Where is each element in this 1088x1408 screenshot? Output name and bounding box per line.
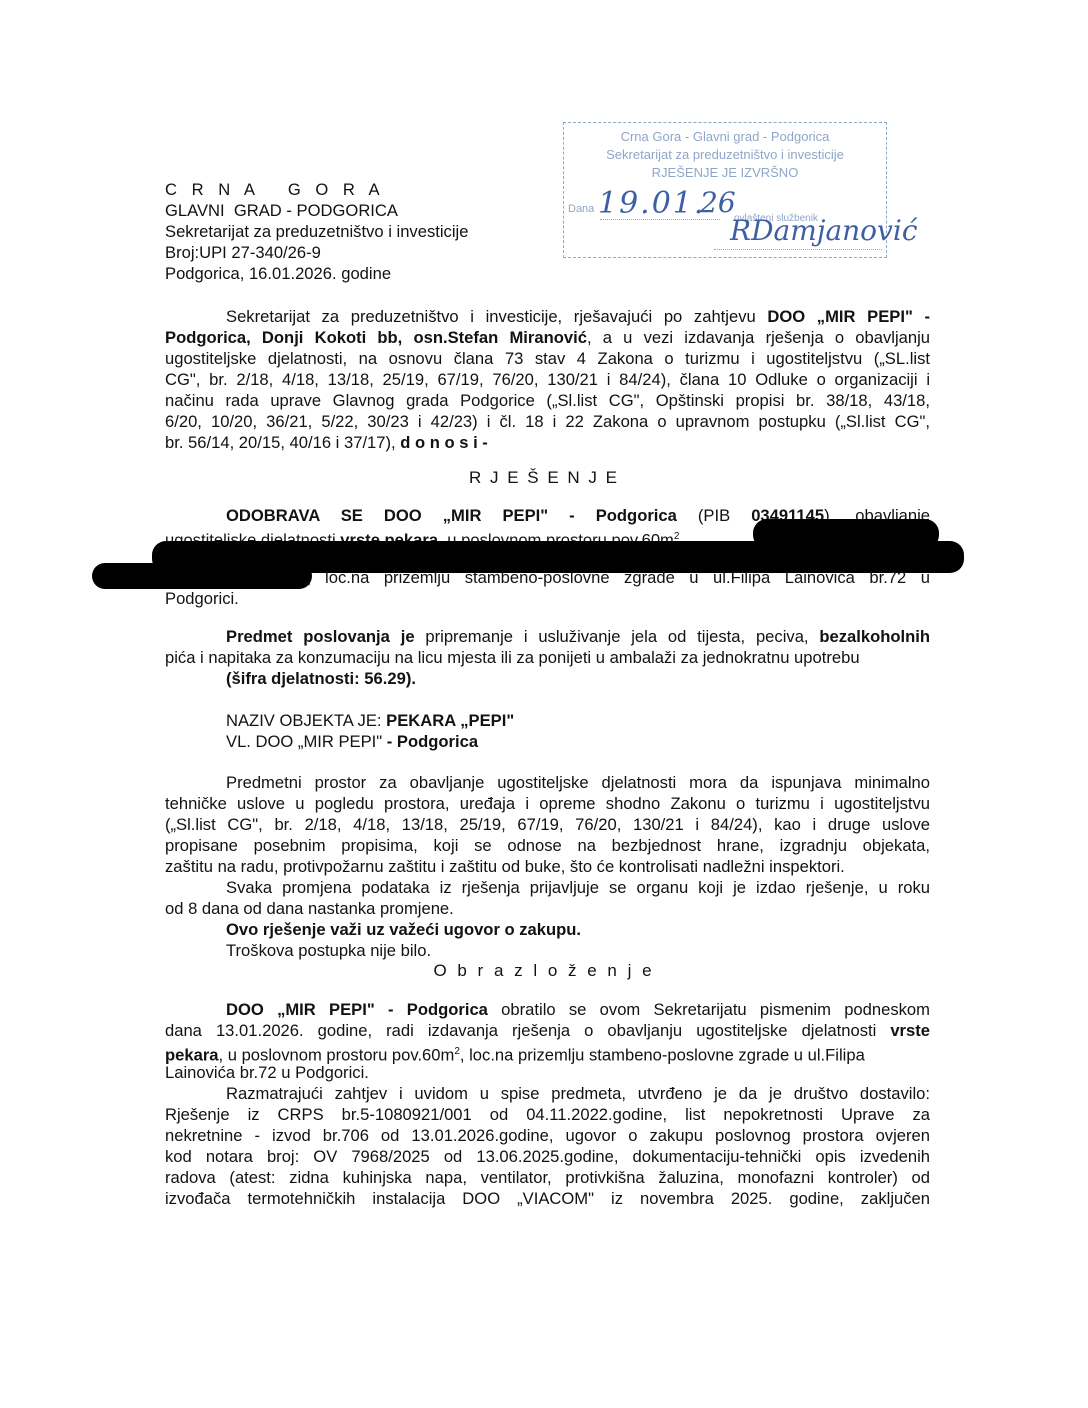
subject-line-2: pića i napitaka za konzumaciju na licu m… [165, 648, 860, 668]
header-department: Sekretarijat za preduzetništvo i investi… [165, 222, 468, 242]
reasoning-p2-line-5: radova (atest: zidna kuhinjska napa, ven… [165, 1168, 930, 1188]
reasoning-p1-line-3: pekara, u poslovnom prostoru pov.60m2, l… [165, 1042, 865, 1066]
object-owner: VL. DOO „MIR PEPI" - Podgorica [226, 732, 478, 752]
conditions-line-7: od 8 dana od dana nastanka promjene. [165, 899, 454, 919]
intro-line-7: br. 56/14, 20/15, 40/16 i 37/17), d o n … [165, 433, 488, 453]
conditions-line-3: („Sl.list CG", br. 2/18, 4/18, 13/18, 25… [165, 815, 930, 835]
header-country: C R N A G O R A [165, 180, 385, 200]
decision-line-4: Podgorici. [165, 589, 239, 609]
reasoning-p2-line-1: Razmatrajući zahtjev i uvidom u spise pr… [226, 1084, 930, 1104]
intro-line-6: 6/20, 10/20, 36/21, 5/22, 30/23 i 42/23)… [165, 412, 930, 432]
stamp-date-label: Dana [568, 203, 594, 215]
reasoning-p2-line-6: izvođača termotehničkih instalacija DOO … [165, 1189, 930, 1209]
decision-title: R J E Š E N J E [0, 468, 1088, 488]
stamp-line-3: RJEŠENJE JE IZVRŠNO [564, 165, 886, 180]
conditions-line-8: Ovo rješenje važi uz važeći ugovor o zak… [226, 920, 581, 940]
redaction-block-3 [92, 563, 312, 589]
stamp-line-1: Crna Gora - Glavni grad - Podgorica [564, 129, 886, 144]
conditions-line-1: Predmetni prostor za obavljanje ugostite… [226, 773, 930, 793]
conditions-line-6: Svaka promjena podataka iz rješenja prij… [226, 878, 930, 898]
header-place-date: Podgorica, 16.01.2026. godine [165, 264, 391, 284]
conditions-line-9: Troškova postupka nije bilo. [226, 941, 431, 961]
intro-line-2: Podgorica, Donji Kokoti bb, osn.Stefan M… [165, 328, 930, 348]
conditions-line-4: propisane posebnim propisima, koji se od… [165, 836, 930, 856]
reasoning-p2-line-3: nekretnine - izvod br.706 od 13.01.2026.… [165, 1126, 930, 1146]
intro-line-1: Sekretarijat za preduzetništvo i investi… [226, 307, 930, 327]
reasoning-p1-line-2: dana 13.01.2026. godine, radi izdavanja … [165, 1021, 930, 1041]
reasoning-title: O b r a z l o ž e n j e [0, 961, 1088, 981]
stamp-line-2: Sekretarijat za preduzetništvo i investi… [564, 147, 886, 162]
conditions-line-5: zaštitu na radu, protivpožarnu zaštitu i… [165, 857, 845, 877]
document-page: Crna Gora - Glavni grad - Podgorica Sekr… [0, 0, 1088, 1408]
reasoning-p2-line-4: kod notara broj: OV 7968/2025 od 13.06.2… [165, 1147, 930, 1167]
stamp-signature-line [714, 249, 882, 250]
reasoning-p2-line-2: Rješenje iz CRPS br.5-1080921/001 od 04.… [165, 1105, 930, 1125]
intro-line-4: CG", br. 2/18, 4/18, 13/18, 25/19, 67/19… [165, 370, 930, 390]
subject-line-1: Predmet poslovanja je pripremanje i uslu… [226, 627, 930, 647]
conditions-line-2: tehničke uslove u pogledu prostora, uređ… [165, 794, 930, 814]
header-city: GLAVNI GRAD - PODGORICA [165, 201, 398, 221]
stamp-signature: RDamjanović [730, 214, 918, 247]
header-number: Broj:UPI 27-340/26-9 [165, 243, 321, 263]
decision-line-3: „ loc.na prizemlju stambeno-poslovne zgr… [305, 568, 930, 588]
stamp-date-handwritten: 19.01. [598, 186, 705, 221]
intro-line-3: ugostiteljske djelatnosti, na osnovu čla… [165, 349, 930, 369]
reasoning-p1-line-4: Lainovića br.72 u Podgorici. [165, 1063, 369, 1083]
object-name: NAZIV OBJEKTA JE: PEKARA „PEPI" [226, 711, 514, 731]
reasoning-p1-line-1: DOO „MIR PEPI" - Podgorica obratilo se o… [226, 1000, 930, 1020]
subject-line-3: (šifra djelatnosti: 56.29). [226, 669, 416, 689]
intro-line-5: načinu rada uprave Glavnog grada Podgori… [165, 391, 930, 411]
